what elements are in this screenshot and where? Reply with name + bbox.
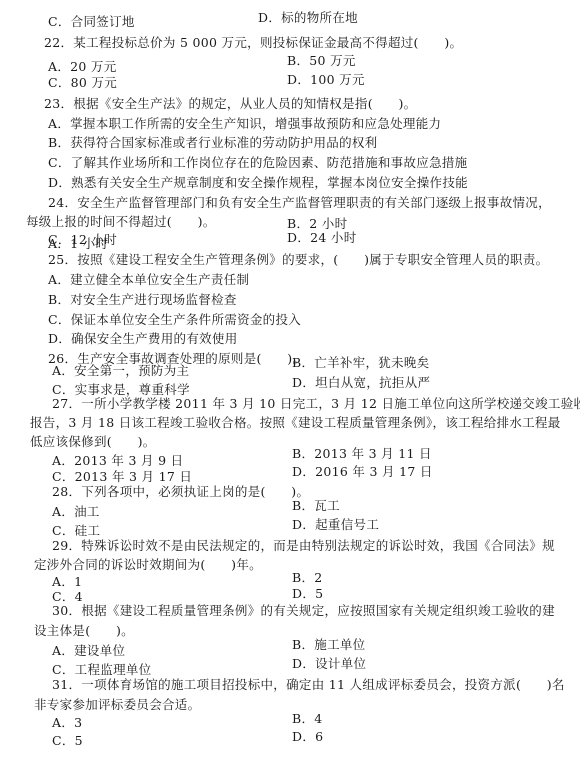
text-line-q27-cont2: 低应该保修到( )。 (30, 434, 156, 450)
text-line-q22-c: C．80 万元 (48, 75, 117, 91)
text-line-q27-d: D．2016 年 3 月 17 日 (292, 464, 433, 480)
text-line-q24-cont: 每级上报的时间不得超过( )。 (26, 214, 216, 230)
text-line-q28-c: C．硅工 (52, 523, 100, 539)
text-line-q24: 24．安全生产监督管理部门和负有安全生产监督管理职责的有关部门逐级上报事故情况， (48, 195, 551, 211)
text-line-q27: 27．一所小学教学楼 2011 年 3 月 10 日完工，3 月 12 日施工单… (52, 396, 580, 412)
text-line-q27-a: A．2013 年 3 月 9 日 (52, 453, 183, 469)
text-line-q25-d: D．确保安全生产费用的有效使用 (48, 331, 238, 347)
text-line-q30-d: D．设计单位 (292, 656, 366, 672)
text-line-q31-c: C．5 (52, 733, 83, 749)
text-line-q26-d: D．坦白从宽，抗拒从严 (292, 375, 430, 391)
text-line-q28-a: A．油工 (52, 504, 100, 520)
text-line-q29-b: B．2 (292, 570, 323, 586)
text-line-q25: 25．按照《建设工程安全生产管理条例》的要求，( )属于专职安全管理人员的职责。 (48, 252, 548, 268)
text-line-q23-a: A．掌握本职工作所需的安全生产知识，增强事故预防和应急处理能力 (48, 116, 441, 132)
text-line-q29: 29．特殊诉讼时效不是由民法规定的，而是由特别法规定的诉讼时效，我国《合同法》规 (52, 538, 555, 554)
text-line-q25-c: C．保证本单位安全生产条件所需资金的投入 (48, 312, 301, 328)
text-line-q31-d: D．6 (292, 729, 323, 745)
text-line-q29-a: A．1 (52, 574, 82, 590)
text-line-q30-a: A．建设单位 (52, 643, 125, 659)
text-line-q22-a: A．20 万元 (48, 59, 117, 75)
text-line-q30-b: B．施工单位 (292, 637, 366, 653)
text-line-q28: 28．下列各项中，必须执证上岗的是( )。 (52, 484, 309, 500)
text-line-q27-b: B．2013 年 3 月 11 日 (292, 446, 432, 462)
text-line-q31-a: A．3 (52, 715, 82, 731)
text-line-q23-b: B．获得符合国家标准或者行业标准的劳动防护用品的权利 (48, 135, 378, 151)
text-line-q26-a: A．安全第一，预防为主 (52, 363, 189, 379)
text-line-q24-c: C．12 小时 (48, 232, 117, 248)
text-line-q30: 30．根据《建设工程质量管理条例》的有关规定，应按照国家有关规定组织竣工验收的建 (52, 603, 555, 619)
text-line-q31-cont: 非专家参加评标委员会合适。 (34, 697, 200, 713)
text-line-q22: 22．某工程投标总价为 5 000 万元，则投标保证金最高不得超过( )。 (44, 35, 462, 51)
text-line-q29-d: D．5 (292, 586, 323, 602)
text-line-q27-c: C．2013 年 3 月 17 日 (52, 469, 192, 485)
text-line-q30-cont: 设主体是( )。 (34, 623, 134, 639)
text-line-q25-a: A．建立健全本单位安全生产责任制 (48, 272, 249, 288)
text-line-q28-b: B．瓦工 (292, 498, 340, 514)
text-line-q28-d: D．起重信号工 (292, 517, 379, 533)
text-line-q22-d: D．100 万元 (287, 72, 365, 88)
text-line-q31: 31．一项体育场馆的施工项目招投标中，确定由 11 人组成评标委员会，投资方派(… (52, 677, 565, 693)
text-line-q26-b: B．亡羊补牢，犹未晚矣 (292, 355, 430, 371)
text-line-q27-cont1: 报告，3 月 18 日该工程竣工验收合格。按照《建设工程质量管理条例》，该工程给… (30, 415, 561, 431)
text-line-q21-d: D．标的物所在地 (258, 10, 358, 26)
text-line-q23-d: D．熟悉有关安全生产规章制度和安全操作规程，掌握本岗位安全操作技能 (48, 175, 468, 191)
text-line-q21-c: C．合同签订地 (48, 14, 135, 30)
text-line-q25-b: B．对安全生产进行现场监督检查 (48, 292, 237, 308)
text-line-q24-d: D．24 小时 (287, 230, 357, 246)
text-line-q30-c: C．工程监理单位 (52, 662, 151, 678)
text-line-q22-b: B．50 万元 (287, 53, 356, 69)
text-line-q23-c: C．了解其作业场所和工作岗位存在的危险因素、防范措施和事故应急措施 (48, 155, 467, 171)
text-line-q23: 23．根据《安全生产法》的规定，从业人员的知情权是指( )。 (44, 96, 416, 112)
text-line-q29-cont: 定涉外合同的诉讼时效期间为( )年。 (34, 557, 262, 573)
text-line-q31-b: B．4 (292, 711, 323, 727)
